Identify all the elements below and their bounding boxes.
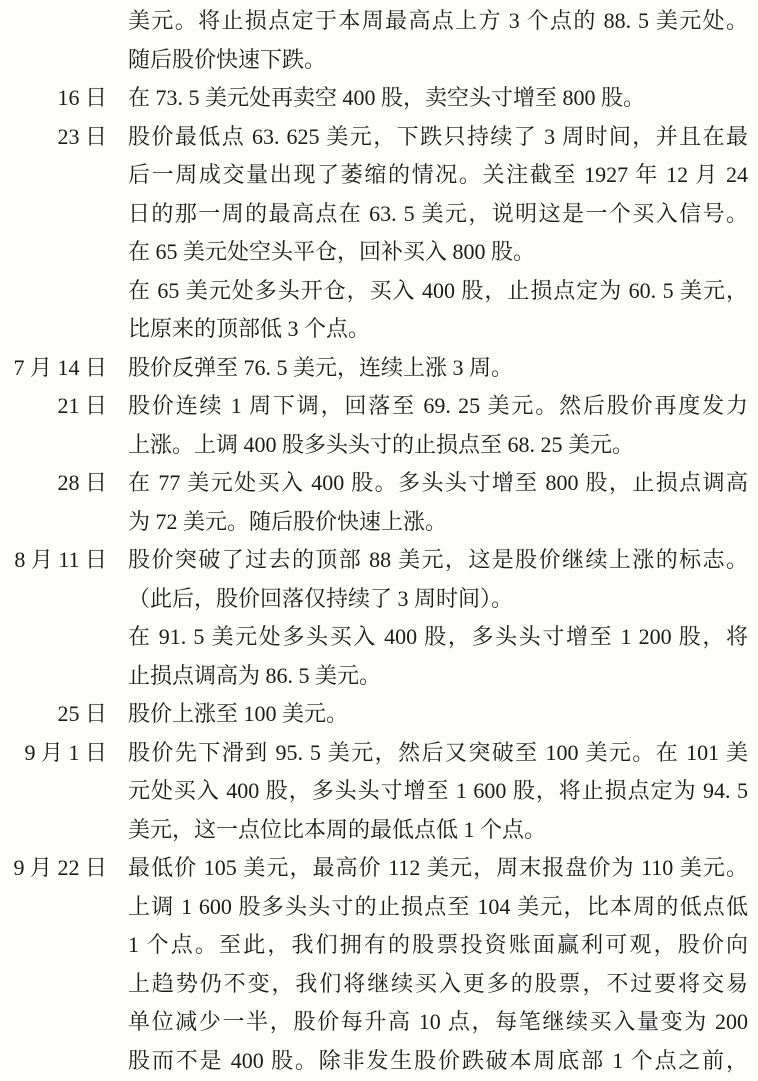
text-line: 股价反弹至 76. 5 美元，连续上涨 3 周。	[128, 349, 748, 388]
entry-date: 9 月 1 日	[0, 734, 107, 773]
text-line: 在 77 美元处买入 400 股。多头头寸增至 800 股，止损点调高	[128, 464, 748, 503]
text-line: 美元，这一点位比本周的最低点低 1 个点。	[128, 811, 748, 850]
entry-row: 7 月 14 日股价反弹至 76. 5 美元，连续上涨 3 周。	[0, 349, 758, 388]
entry-text: 股价连续 1 周下调，回落至 69. 25 美元。然后股价再度发力上涨。上调 4…	[128, 387, 748, 464]
entry-date: 25 日	[0, 695, 107, 734]
entry-date: 8 月 11 日	[0, 541, 107, 580]
text-line: 在 73. 5 美元处再卖空 400 股，卖空头寸增至 800 股。	[128, 79, 748, 118]
entry-date: 21 日	[0, 387, 107, 426]
entry-row: 16 日在 73. 5 美元处再卖空 400 股，卖空头寸增至 800 股。	[0, 79, 758, 118]
text-line: 上趋势仍不变，我们将继续买入更多的股票，不过要将交易	[128, 965, 748, 1004]
text-line: 比原来的顶部低 3 个点。	[128, 310, 748, 349]
entry-row: 9 月 22 日最低价 105 美元，最高价 112 美元，周末报盘价为 110…	[0, 849, 758, 1080]
text-line: 最低价 105 美元，最高价 112 美元，周末报盘价为 110 美元。	[128, 849, 748, 888]
text-line: 美元。将止损点定于本周最高点上方 3 个点的 88. 5 美元处。	[128, 2, 748, 41]
entry-text: 在 77 美元处买入 400 股。多头头寸增至 800 股，止损点调高为 72 …	[128, 464, 748, 541]
entry-row: 28 日在 77 美元处买入 400 股。多头头寸增至 800 股，止损点调高为…	[0, 464, 758, 541]
entry-row: 21 日股价连续 1 周下调，回落至 69. 25 美元。然后股价再度发力上涨。…	[0, 387, 758, 464]
entry-date: 9 月 22 日	[0, 849, 107, 888]
text-line: 在 91. 5 美元处多头买入 400 股，多头头寸增至 1 200 股，将	[128, 618, 748, 657]
text-line: 股价上涨至 100 美元。	[128, 695, 748, 734]
entry-text: 最低价 105 美元，最高价 112 美元，周末报盘价为 110 美元。上调 1…	[128, 849, 748, 1080]
entry-row: 25 日股价上涨至 100 美元。	[0, 695, 758, 734]
text-line: 股而不是 400 股。除非发生股价跌破本周底部 1 个点之前，	[128, 1042, 748, 1081]
text-line: 在 65 美元处多头开仓，买入 400 股，止损点定为 60. 5 美元，	[128, 272, 748, 311]
entry-date: 28 日	[0, 464, 107, 503]
text-line: （此后，股价回落仅持续了 3 周时间）。	[128, 580, 748, 619]
entry-text: 股价最低点 63. 625 美元，下跌只持续了 3 周时间，并且在最后一周成交量…	[128, 118, 748, 349]
entry-text: 美元。将止损点定于本周最高点上方 3 个点的 88. 5 美元处。随后股价快速下…	[128, 2, 748, 79]
entry-text: 股价反弹至 76. 5 美元，连续上涨 3 周。	[128, 349, 748, 388]
document-page: 美元。将止损点定于本周最高点上方 3 个点的 88. 5 美元处。随后股价快速下…	[0, 0, 758, 1081]
text-line: 在 65 美元处空头平仓，回补买入 800 股。	[128, 233, 748, 272]
text-line: 元处买入 400 股，多头头寸增至 1 600 股，将止损点定为 94. 5	[128, 772, 748, 811]
text-line: 日的那一周的最高点在 63. 5 美元，说明这是一个买入信号。	[128, 195, 748, 234]
text-line: 上涨。上调 400 股多头头寸的止损点至 68. 25 美元。	[128, 426, 748, 465]
entry-text: 股价上涨至 100 美元。	[128, 695, 748, 734]
text-line: 股价突破了过去的顶部 88 美元，这是股价继续上涨的标志。	[128, 541, 748, 580]
entry-date: 7 月 14 日	[0, 349, 107, 388]
text-line: 股价最低点 63. 625 美元，下跌只持续了 3 周时间，并且在最	[128, 118, 748, 157]
entry-date: 16 日	[0, 79, 107, 118]
entry-text: 在 73. 5 美元处再卖空 400 股，卖空头寸增至 800 股。	[128, 79, 748, 118]
text-line: 随后股价快速下跌。	[128, 41, 748, 80]
text-line: 上调 1 600 股多头头寸的止损点至 104 美元，比本周的低点低	[128, 888, 748, 927]
text-line: 股价连续 1 周下调，回落至 69. 25 美元。然后股价再度发力	[128, 387, 748, 426]
entry-text: 股价突破了过去的顶部 88 美元，这是股价继续上涨的标志。（此后，股价回落仅持续…	[128, 541, 748, 695]
text-line: 1 个点。至此，我们拥有的股票投资账面赢利可观，股价向	[128, 926, 748, 965]
text-line: 股价先下滑到 95. 5 美元，然后又突破至 100 美元。在 101 美	[128, 734, 748, 773]
text-line: 单位减少一半，股价每升高 10 点，每笔继续买入量变为 200	[128, 1003, 748, 1042]
entry-row: 8 月 11 日股价突破了过去的顶部 88 美元，这是股价继续上涨的标志。（此后…	[0, 541, 758, 695]
entry-row: 9 月 1 日股价先下滑到 95. 5 美元，然后又突破至 100 美元。在 1…	[0, 734, 758, 850]
text-line: 为 72 美元。随后股价快速上涨。	[128, 503, 748, 542]
entry-text: 股价先下滑到 95. 5 美元，然后又突破至 100 美元。在 101 美元处买…	[128, 734, 748, 850]
entry-row: 23 日股价最低点 63. 625 美元，下跌只持续了 3 周时间，并且在最后一…	[0, 118, 758, 349]
text-line: 后一周成交量出现了萎缩的情况。关注截至 1927 年 12 月 24	[128, 156, 748, 195]
entry-date: 23 日	[0, 118, 107, 157]
text-line: 止损点调高为 86. 5 美元。	[128, 657, 748, 696]
entry-row: 美元。将止损点定于本周最高点上方 3 个点的 88. 5 美元处。随后股价快速下…	[0, 2, 758, 79]
